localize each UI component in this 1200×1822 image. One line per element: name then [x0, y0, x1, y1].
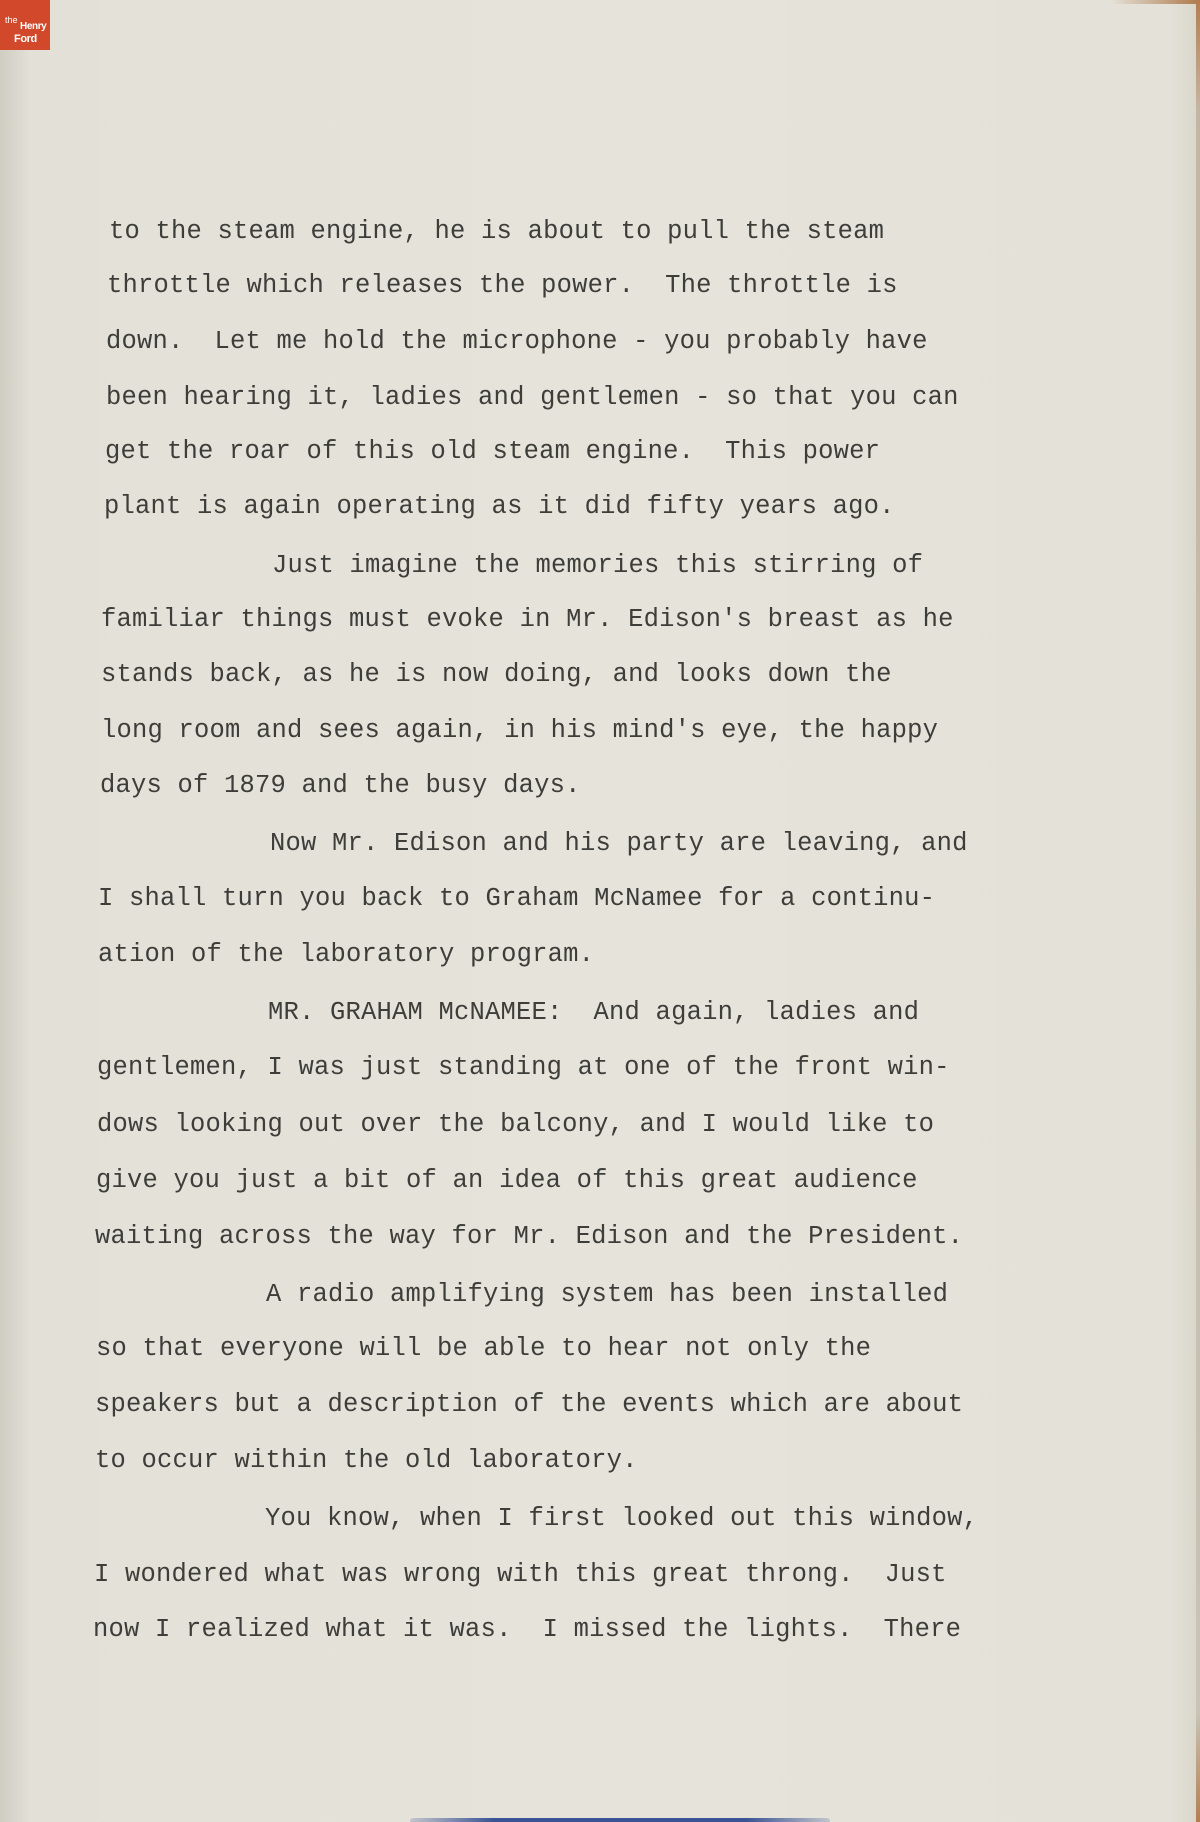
- text-line: to occur within the old laboratory.: [95, 1448, 638, 1474]
- text-line: waiting across the way for Mr. Edison an…: [95, 1224, 963, 1250]
- text-line: give you just a bit of an idea of this g…: [96, 1168, 918, 1194]
- text-line: You know, when I first looked out this w…: [265, 1506, 978, 1532]
- text-line: Just imagine the memories this stirring …: [272, 553, 923, 579]
- text-line: I wondered what was wrong with this grea…: [94, 1562, 947, 1588]
- text-line: so that everyone will be able to hear no…: [96, 1336, 871, 1362]
- logo-henry: Henry: [20, 22, 46, 32]
- text-line: been hearing it, ladies and gentlemen - …: [106, 385, 959, 411]
- text-line: to the steam engine, he is about to pull…: [109, 219, 884, 245]
- page-edge-right: [1196, 0, 1200, 1822]
- text-line: Now Mr. Edison and his party are leaving…: [270, 831, 968, 857]
- text-line: familiar things must evoke in Mr. Edison…: [101, 607, 954, 633]
- text-line: speakers but a description of the events…: [95, 1392, 963, 1418]
- text-line: plant is again operating as it did fifty…: [104, 494, 895, 520]
- henry-ford-logo: the Henry Ford: [0, 0, 50, 50]
- text-line: ation of the laboratory program.: [98, 942, 594, 968]
- text-line: throttle which releases the power. The t…: [107, 273, 898, 299]
- binding-strip: [410, 1818, 830, 1822]
- text-line: get the roar of this old steam engine. T…: [105, 439, 880, 465]
- text-line: long room and sees again, in his mind's …: [101, 718, 938, 744]
- page-edge-top: [1110, 0, 1200, 4]
- text-line: now I realized what it was. I missed the…: [93, 1617, 961, 1643]
- text-line: down. Let me hold the microphone - you p…: [106, 329, 928, 355]
- document-page: the Henry Ford to the steam engine, he i…: [0, 0, 1200, 1822]
- text-line: dows looking out over the balcony, and I…: [97, 1112, 934, 1138]
- text-line: A radio amplifying system has been insta…: [266, 1282, 948, 1308]
- logo-ford: Ford: [14, 34, 37, 45]
- text-line: gentlemen, I was just standing at one of…: [97, 1055, 950, 1081]
- text-line: I shall turn you back to Graham McNamee …: [98, 886, 935, 912]
- text-line: stands back, as he is now doing, and loo…: [101, 662, 892, 688]
- logo-the: the: [5, 16, 18, 25]
- text-line: MR. GRAHAM McNAMEE: And again, ladies an…: [268, 1000, 919, 1026]
- text-line: days of 1879 and the busy days.: [100, 773, 581, 799]
